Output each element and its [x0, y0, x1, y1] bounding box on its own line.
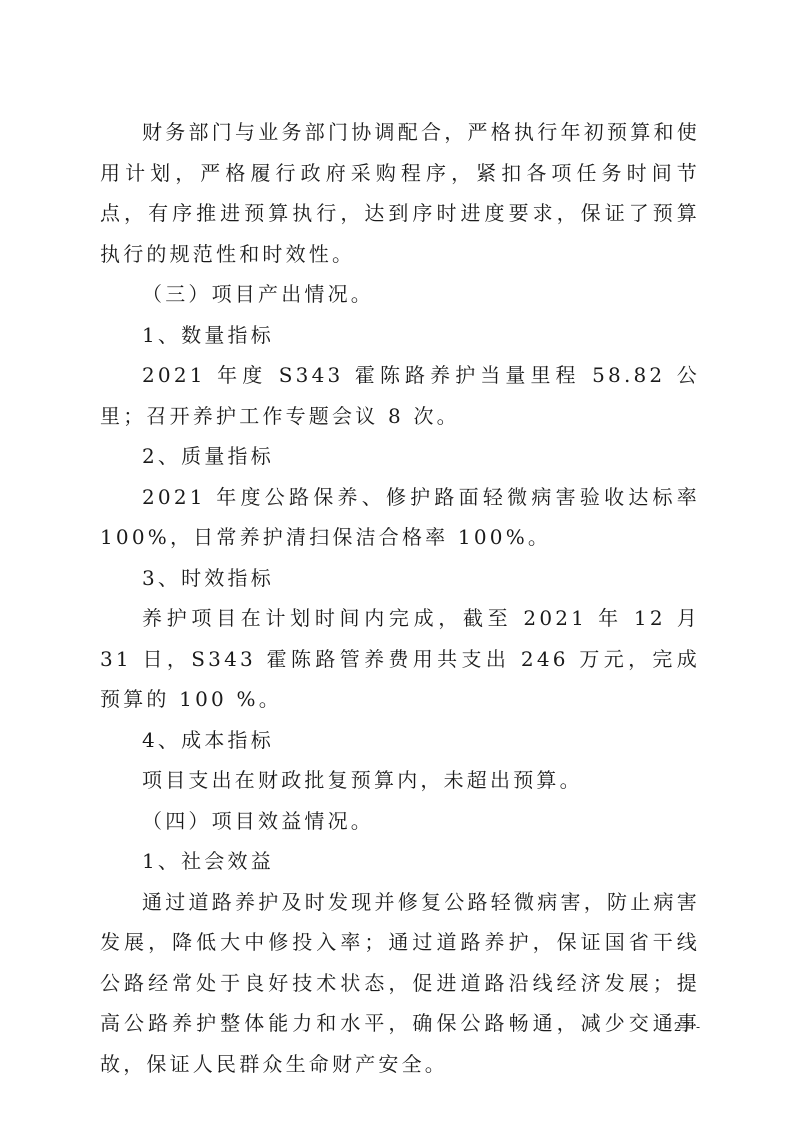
- paragraph-cost: 项目支出在财政批复预算内，未超出预算。: [100, 760, 700, 801]
- subheading-social-benefits: 1、社会效益: [100, 841, 700, 882]
- subheading-quantity-indicator: 1、数量指标: [100, 315, 700, 356]
- subheading-cost-indicator: 4、成本指标: [100, 720, 700, 761]
- document-body: 财务部门与业务部门协调配合，严格执行年初预算和使用计划，严格履行政府采购程序，紧…: [100, 112, 700, 1084]
- heading-project-benefits: （四）项目效益情况。: [100, 801, 700, 842]
- paragraph-social-benefits: 通过道路养护及时发现并修复公路轻微病害，防止病害发展，降低大中修投入率；通过道路…: [100, 882, 700, 1085]
- subheading-timeliness-indicator: 3、时效指标: [100, 558, 700, 599]
- paragraph-quality: 2021 年度公路保养、修护路面轻微病害验收达标率 100%，日常养护清扫保洁合…: [100, 477, 700, 558]
- paragraph-timeliness: 养护项目在计划时间内完成，截至 2021 年 12 月 31 日，S343 霍陈…: [100, 598, 700, 720]
- subheading-quality-indicator: 2、质量指标: [100, 436, 700, 477]
- paragraph-quantity: 2021 年度 S343 霍陈路养护当量里程 58.82 公里；召开养护工作专题…: [100, 355, 700, 436]
- page-number: - 27 -: [664, 1020, 701, 1034]
- paragraph-budget-execution: 财务部门与业务部门协调配合，严格执行年初预算和使用计划，严格履行政府采购程序，紧…: [100, 112, 700, 274]
- heading-project-output: （三）项目产出情况。: [100, 274, 700, 315]
